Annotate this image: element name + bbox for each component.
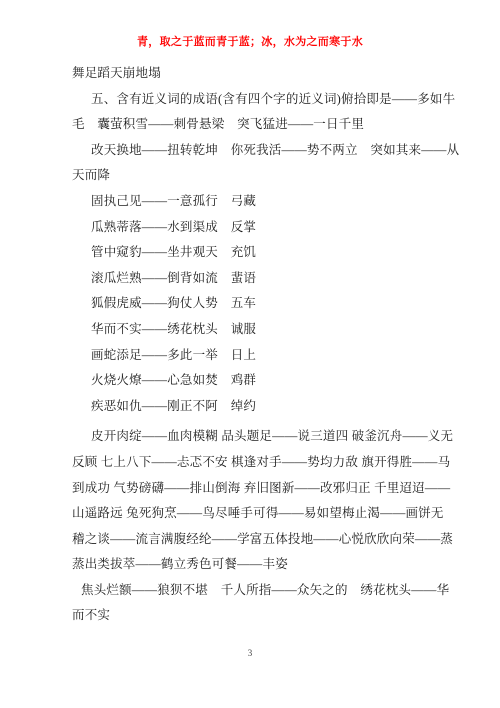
- text-line: 天而降: [72, 163, 459, 189]
- text-line: 五、含有近义词的成语(含有四个字的近义词)俯拾即是——多如牛: [72, 87, 459, 113]
- text-line: 狐假虎威——狗仗人势 五车: [72, 291, 459, 317]
- text-line: 华而不实——绣花枕头 诚服: [72, 317, 459, 343]
- text-line: 固执己见——一意孤行 弓藏: [72, 189, 459, 215]
- page-number: 3: [0, 648, 500, 658]
- document-lines: 舞足蹈天崩地塌五、含有近义词的成语(含有四个字的近义词)俯拾即是——多如牛毛 囊…: [72, 61, 459, 629]
- text-line: 而不实: [72, 603, 459, 629]
- text-line: 山遥路远 兔死狗烹——鸟尽唾手可得——易如望梅止渴——画饼无: [72, 501, 459, 527]
- text-line: 到成功 气势磅礴——排山倒海 弃旧图新——改邪归正 千里迢迢——: [72, 476, 459, 502]
- text-line: 蒸出类拔萃——鹤立秀色可餐——丰姿: [72, 552, 459, 578]
- text-line: 皮开肉绽——血肉模糊 品头题足——说三道四 破釜沉舟——义无: [72, 424, 459, 450]
- text-line: 毛 囊萤积雪——刺骨悬梁 突飞猛进——一日千里: [72, 112, 459, 138]
- text-line: 焦头烂额——狼狈不堪 千人所指——众矢之的 绣花枕头——华: [72, 578, 459, 604]
- text-line: 疾恶如仇——刚正不阿 绰约: [72, 394, 459, 420]
- text-line: 反顾 七上八下——忐忑不安 棋逢对手——势均力敌 旗开得胜——马: [72, 450, 459, 476]
- text-line: 滚瓜烂熟——倒背如流 蜚语: [72, 266, 459, 292]
- text-line: 瓜熟蒂落——水到渠成 反掌: [72, 215, 459, 241]
- document-page: 青，取之于蓝而青于蓝；冰，水为之而寒于水 舞足蹈天崩地塌五、含有近义词的成语(含…: [0, 0, 500, 708]
- text-line: 改天换地——扭转乾坤 你死我活——势不两立 突如其来——从: [72, 138, 459, 164]
- text-line: 画蛇添足——多此一举 日上: [72, 343, 459, 369]
- text-line: 稽之谈——流言满腹经纶——学富五体投地——心悦欣欣向荣——蒸: [72, 527, 459, 553]
- document-title: 青，取之于蓝而青于蓝；冰，水为之而寒于水: [0, 33, 500, 49]
- text-line: 舞足蹈天崩地塌: [72, 61, 459, 87]
- text-line: 火烧火燎——心急如焚 鸡群: [72, 368, 459, 394]
- text-line: 管中窥豹——坐井观天 充饥: [72, 240, 459, 266]
